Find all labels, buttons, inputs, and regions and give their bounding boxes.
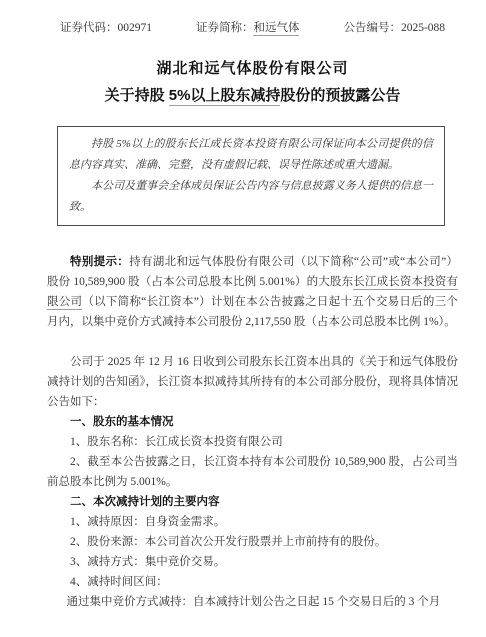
announcement-number-label: 公告编号：: [343, 22, 401, 34]
announcement-title: 关于持股 5%以上股东减持股份的预披露公告: [47, 87, 458, 105]
stock-name: 证券简称：和远气体: [196, 21, 300, 35]
stock-code-label: 证券代码：: [60, 22, 118, 34]
statement-box: 持股 5%以上的股东长江成长资本投资有限公司保证向本公司提供的信息内容真实、准确…: [57, 126, 445, 226]
special-notice-part2: （以下简称“长江资本”）计划在本公告披露之日起十五个交易日后的三个月内，以集中竞…: [47, 296, 458, 328]
intro-paragraph: 公司于 2025 年 12 月 16 日收到公司股东长江资本出具的《关于和远气体…: [47, 352, 458, 412]
section1-item-1: 1、股东名称：长江成长资本投资有限公司: [47, 432, 458, 452]
stock-name-value: 和远气体: [253, 22, 299, 36]
announcement-title-underlined: 5%以上股东减持: [169, 87, 281, 106]
announcement-number: 公告编号：2025-088: [343, 21, 445, 35]
stock-name-label: 证券简称：: [196, 22, 254, 34]
doc-header: 证券代码：002971 证券简称：和远气体 公告编号：2025-088: [47, 21, 458, 35]
special-notice-paragraph: 特别提示：持有湖北和远气体股份有限公司（以下简称“公司”或“本公司”）股份 10…: [47, 252, 458, 332]
announcement-number-value: 2025-088: [401, 22, 445, 34]
announcement-title-prefix: 关于持股: [105, 87, 169, 104]
statement-box-paragraph-2: 本公司及董事会全体成员保证公告内容与信息披露义务人提供的信息一致。: [69, 176, 433, 218]
stock-code-value: 002971: [117, 22, 152, 34]
company-title: 湖北和远气体股份有限公司: [47, 60, 458, 78]
announcement-page: 证券代码：002971 证券简称：和远气体 公告编号：2025-088 湖北和远…: [0, 0, 486, 637]
stock-code: 证券代码：002971: [60, 21, 152, 35]
special-notice-label: 特别提示：: [70, 256, 129, 268]
section2-heading: 二、本次减持计划的主要内容: [47, 492, 458, 512]
document-body: 特别提示：持有湖北和远气体股份有限公司（以下简称“公司”或“本公司”）股份 10…: [47, 252, 458, 612]
section2-continuation: 通过集中竞价方式减持：自本减持计划公告之日起 15 个交易日后的 3 个月: [47, 592, 458, 612]
announcement-title-suffix: 股份的预披露公告: [280, 87, 400, 104]
section2-item-1: 1、减持原因：自身资金需求。: [47, 512, 458, 532]
statement-box-paragraph-1: 持股 5%以上的股东长江成长资本投资有限公司保证向本公司提供的信息内容真实、准确…: [69, 134, 433, 176]
section2-item-2: 2、股份来源：本公司首次公开发行股票并上市前持有的股份。: [47, 532, 458, 552]
section2-item-4: 4、减持时间区间：: [47, 572, 458, 592]
section1-heading: 一、股东的基本情况: [47, 412, 458, 432]
section1-item-2: 2、截至本公告披露之日，长江资本持有本公司股份 10,589,900 股，占公司…: [47, 452, 458, 492]
section2-item-3: 3、减持方式：集中竞价交易。: [47, 552, 458, 572]
